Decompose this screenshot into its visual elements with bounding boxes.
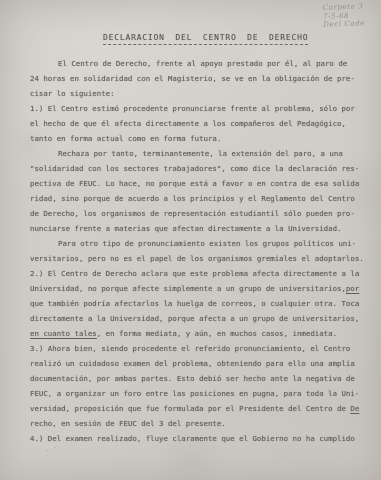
text-segment: recho, en sesión de FEUC del 3 del prese… — [30, 419, 226, 428]
document-line: cisar lo siguiente: — [30, 86, 366, 101]
text-segment: 24 horas en solidaridad con el Magisteri… — [30, 74, 355, 83]
text-segment: nunciarse frente a materias que afectan … — [30, 224, 341, 233]
document-line: el hecho de que él afecta directamente a… — [30, 116, 366, 131]
document-line: recho, en sesión de FEUC del 3 del prese… — [30, 416, 366, 431]
text-segment: El Centro de Derecho, frente al apoyo pr… — [58, 59, 347, 68]
document-body: El Centro de Derecho, frente al apoyo pr… — [30, 56, 366, 446]
text-segment: 1.) El Centro estimó procedente pronunci… — [30, 104, 355, 113]
text-segment: FEUC, a organizar un foro entre las posi… — [30, 389, 359, 398]
document-line: 24 horas en solidaridad con el Magisteri… — [30, 71, 366, 86]
text-segment: 3.) Ahora bien, siendo procedente el ref… — [30, 344, 350, 353]
text-segment: pectiva de FEUC. Lo hace, no porque está… — [30, 179, 359, 188]
document-line: 2.) El Centro de Derecho aclara que este… — [30, 266, 366, 281]
document-line: directamente a la Universidad, porque af… — [30, 311, 366, 326]
text-segment: realizó un cuidadoso examen del problema… — [30, 359, 355, 368]
underlined-text: en cuanto tales — [30, 329, 97, 338]
text-segment: 4.) Del examen realizado, fluye claramen… — [30, 434, 355, 443]
text-segment: 2.) El Centro de Derecho aclara que este… — [30, 269, 359, 278]
document-line: tanto en forma actual como en forma futu… — [30, 131, 366, 146]
text-segment: el hecho de que él afecta directamente a… — [30, 119, 346, 128]
document-line: versidad, proposición que fue formulada … — [30, 401, 366, 416]
document-line: 1.) El Centro estimó procedente pronunci… — [30, 101, 366, 116]
document-line: pectiva de FEUC. Lo hace, no porque está… — [30, 176, 366, 191]
underlined-text: por — [346, 284, 359, 293]
annotation-folder: Carpeta 3 — [323, 2, 365, 12]
document-line: nunciarse frente a materias que afectan … — [30, 221, 366, 236]
document-line: versitarios, pero no es el papel de los … — [30, 251, 366, 266]
text-segment: de Derecho, los organismos de representa… — [30, 209, 355, 218]
document-line: 3.) Ahora bien, siendo procedente el ref… — [30, 341, 366, 356]
document-line: que también podría afectarlos la huelga … — [30, 296, 366, 311]
document-line: El Centro de Derecho, frente al apoyo pr… — [30, 56, 366, 71]
document-line: en cuanto tales, en forma mediata, y aún… — [30, 326, 366, 341]
text-segment: Para otro tipo de pronunciamiento existe… — [58, 239, 356, 248]
document-line: documentación, por ambas partes. Esto de… — [30, 371, 366, 386]
document-line: "solidaridad con los sectores trabajador… — [30, 161, 366, 176]
text-segment: versidad, proposición que fue formulada … — [30, 404, 350, 413]
pencil-smudge: . ' — [46, 446, 60, 452]
underlined-text: De — [350, 404, 359, 413]
text-segment: cisar lo siguiente: — [30, 89, 115, 98]
text-segment: que también podría afectarlos la huelga … — [30, 299, 359, 308]
text-segment: ridad, sino porque de acuerdo a los prin… — [30, 194, 355, 203]
document-line: Para otro tipo de pronunciamiento existe… — [30, 236, 366, 251]
document-line: realizó un cuidadoso examen del problema… — [30, 356, 366, 371]
document-line: FEUC, a organizar un foro entre las posi… — [30, 386, 366, 401]
text-segment: directamente a la Universidad, porque af… — [30, 314, 359, 323]
document-line: de Derecho, los organismos de representa… — [30, 206, 366, 221]
annotation-label: Decl Cade — [323, 19, 365, 29]
text-segment: , en forma mediata, y aún, en muchos cas… — [97, 329, 337, 338]
document-title: DECLARACION DEL CENTRO DE DERECHO — [103, 33, 308, 45]
text-segment: versitarios, pero no es el papel de los … — [30, 254, 364, 263]
scanned-document-page: Carpeta 3 7-5-68 Decl Cade DECLARACION D… — [0, 0, 381, 480]
text-segment: documentación, por ambas partes. Esto de… — [30, 374, 355, 383]
text-segment: Rechaza por tanto, terminantemente, la e… — [58, 149, 343, 158]
document-line: Rechaza por tanto, terminantemente, la e… — [30, 146, 366, 161]
document-line: 4.) Del examen realizado, fluye claramen… — [30, 431, 366, 446]
text-segment: Universidad, no porque afecte simplement… — [30, 284, 346, 293]
text-segment: tanto en forma actual como en forma futu… — [30, 134, 221, 143]
text-segment: "solidaridad con los sectores trabajador… — [30, 164, 359, 173]
document-line: Universidad, no porque afecte simplement… — [30, 281, 366, 296]
handwritten-annotations: Carpeta 3 7-5-68 Decl Cade — [323, 2, 366, 29]
document-line: ridad, sino porque de acuerdo a los prin… — [30, 191, 366, 206]
